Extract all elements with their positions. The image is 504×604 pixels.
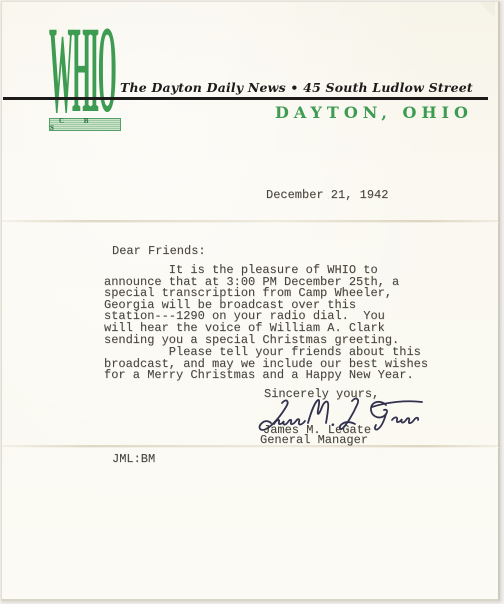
letterhead-city: DAYTON, OHIO <box>275 103 473 122</box>
cbs-network-badge: C B S <box>49 118 121 131</box>
reference-initials: JML:BM <box>112 454 155 466</box>
typed-signature-title: General Manager <box>260 435 368 447</box>
scanned-letter: WHIO The Dayton Daily News • 45 South Lu… <box>0 0 504 604</box>
salutation: Dear Friends: <box>112 246 206 258</box>
signature-ink <box>252 395 427 433</box>
corner-fold <box>479 2 495 18</box>
letterhead-tagline: The Dayton Daily News • 45 South Ludlow … <box>120 80 473 95</box>
letter-paper: WHIO The Dayton Daily News • 45 South Lu… <box>1 1 500 601</box>
body-paragraph-1: It is the pleasure of WHIO to announce t… <box>104 265 399 346</box>
letterhead-rule <box>3 97 488 100</box>
body-paragraph-2: Please tell your friends about this broa… <box>104 347 428 382</box>
fold-crease-bottom <box>2 445 499 448</box>
handwritten-signature <box>252 395 427 433</box>
letter-date: December 21, 1942 <box>266 190 388 202</box>
fold-crease-top <box>2 220 499 223</box>
